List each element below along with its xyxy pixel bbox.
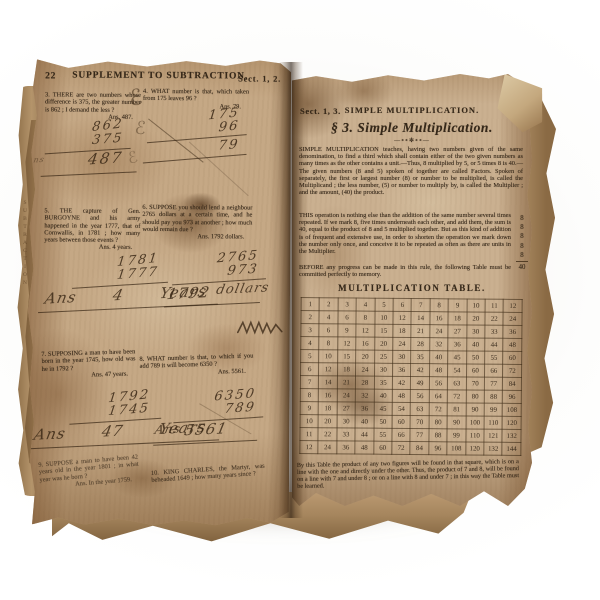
table-cell: 80 — [466, 390, 485, 403]
table-cell: 14 — [319, 376, 338, 389]
table-cell: 72 — [448, 390, 467, 403]
table-cell: 99 — [447, 429, 466, 442]
worked-problem-5: 1781 1777 — [80, 256, 158, 282]
table-cell: 90 — [447, 416, 466, 429]
table-cell: 48 — [429, 364, 448, 377]
table-cell: 8 — [300, 389, 319, 402]
question-7-text: 7. SUPPOSING a man to have been born in … — [41, 348, 135, 372]
table-cell: 18 — [337, 363, 356, 376]
table-cell: 33 — [337, 428, 356, 441]
table-cell: 72 — [503, 364, 522, 377]
question-10-text: 10. KING CHARLES, the Martyr, was behead… — [151, 463, 265, 485]
table-cell: 20 — [467, 312, 486, 325]
table-cell: 4 — [319, 311, 338, 324]
table-cell: 66 — [392, 428, 411, 441]
multiplication-table: 1234567891011122468101214161820222436912… — [299, 297, 522, 456]
left-section-label: Sect. 1, 2. — [238, 73, 281, 83]
table-cell: 2 — [301, 311, 320, 324]
multiplication-table-title: MULTIPLICATION TABLE. — [292, 283, 532, 293]
margin-addend: 8 — [516, 232, 528, 241]
worked-problem-4: 175 96 79 — [161, 110, 239, 154]
table-cell: 40 — [466, 338, 485, 351]
table-cell: 12 — [319, 363, 338, 376]
table-cell: 54 — [448, 364, 467, 377]
table-cell: 40 — [429, 351, 448, 364]
table-cell: 7 — [412, 299, 431, 312]
hand-rule — [41, 171, 137, 177]
table-cell: 7 — [300, 376, 319, 389]
question-3-text: 3. THERE are two numbers whose differenc… — [45, 91, 141, 113]
table-cell: 21 — [337, 376, 356, 389]
margin-sum-total: 40 — [516, 261, 528, 272]
table-cell: 8 — [356, 311, 375, 324]
table-cell: 4 — [356, 298, 375, 311]
question-6: 6. SUPPOSE you should lend a neighbour 2… — [142, 204, 252, 241]
table-cell: 25 — [374, 350, 393, 363]
table-cell: 66 — [485, 364, 504, 377]
table-cell: 44 — [355, 428, 374, 441]
table-cell: 12 — [504, 299, 523, 312]
table-cell: 40 — [374, 389, 393, 402]
table-cell: 18 — [448, 312, 467, 325]
table-cell: 88 — [429, 429, 448, 442]
table-cell: 55 — [374, 428, 393, 441]
table-cell: 45 — [374, 402, 393, 415]
edge-showthrough-text: SUBTRACTION — [22, 200, 28, 380]
table-cell: 3 — [338, 298, 357, 311]
table-cell: 32 — [430, 338, 449, 351]
table-cell: 32 — [355, 389, 374, 402]
table-cell: 5 — [301, 350, 320, 363]
table-cell: 8 — [319, 337, 338, 350]
table-cell: 42 — [392, 376, 411, 389]
question-5-answer: Ans. 4 years. — [44, 244, 140, 252]
table-cell: 50 — [466, 351, 485, 364]
question-3: 3. THERE are two numbers whose differenc… — [45, 91, 141, 121]
table-cell: 21 — [411, 325, 430, 338]
table-cell: 45 — [448, 351, 467, 364]
margin-sum: 88888 40 — [516, 214, 528, 272]
table-cell: 24 — [318, 441, 337, 454]
table-cell: 8 — [430, 299, 449, 312]
table-cell: 49 — [411, 376, 430, 389]
table-cell: 30 — [337, 415, 356, 428]
table-cell: 22 — [485, 312, 504, 325]
hand-ans-label: Ans — [32, 424, 67, 443]
table-cell: 10 — [375, 311, 394, 324]
question-4-text: 4. WHAT number is that, which taken from… — [143, 88, 249, 103]
table-cell: 54 — [392, 402, 411, 415]
table-cell: 144 — [502, 442, 521, 455]
table-cell: 6 — [319, 324, 338, 337]
worked-problem-7: 1792 1745 — [77, 392, 149, 418]
question-8: 8. WHAT number is that, to which if you … — [139, 353, 254, 378]
table-cell: 30 — [393, 350, 412, 363]
table-cell: 77 — [484, 377, 503, 390]
question-9: 9. SUPPOSE a man to have been 42 years o… — [38, 454, 140, 491]
table-cell: 77 — [410, 428, 429, 441]
table-cell: 120 — [503, 416, 522, 429]
table-cell: 12 — [356, 324, 375, 337]
table-cell: 60 — [392, 415, 411, 428]
ink-flourish: ℰ — [126, 147, 140, 168]
table-cell: 48 — [355, 441, 374, 454]
table-cell: 36 — [337, 441, 356, 454]
table-cell: 3 — [301, 324, 320, 337]
table-cell: 36 — [448, 338, 467, 351]
table-cell: 96 — [503, 390, 522, 403]
table-cell: 16 — [319, 389, 338, 402]
table-row: 1224364860728496108120132144 — [300, 441, 521, 456]
table-cell: 96 — [429, 442, 448, 455]
table-cell: 5 — [375, 298, 394, 311]
question-7: 7. SUPPOSING a man to have been born in … — [41, 348, 136, 380]
table-cell: 6 — [338, 311, 357, 324]
question-5-text: 5. THE capture of Gen. BURGOYNE and his … — [44, 207, 140, 244]
table-cell: 12 — [338, 337, 357, 350]
table-cell: 72 — [392, 441, 411, 454]
table-cell: 36 — [355, 402, 374, 415]
table-cell: 28 — [356, 376, 375, 389]
table-cell: 9 — [338, 324, 357, 337]
table-cell: 48 — [392, 389, 411, 402]
question-6-answer: Ans. 1792 dollars. — [142, 233, 252, 241]
ink-flourish: ℰ — [134, 117, 147, 139]
margin-addend: 8 — [516, 251, 528, 260]
table-cell: 30 — [466, 325, 485, 338]
hand-ans-value: 5561 — [183, 419, 229, 439]
right-running-title: SIMPLE MULTIPLICATION. — [292, 105, 532, 115]
table-cell: 81 — [447, 403, 466, 416]
table-cell: 132 — [502, 429, 521, 442]
table-cell: 84 — [503, 377, 522, 390]
table-cell: 90 — [466, 403, 485, 416]
table-cell: 11 — [485, 299, 504, 312]
table-cell: 50 — [374, 415, 393, 428]
table-cell: 63 — [411, 402, 430, 415]
table-cell: 132 — [484, 442, 503, 455]
table-cell: 14 — [411, 312, 430, 325]
hand-ans-value: 4 — [111, 286, 125, 304]
paragraph-table-usage: By this Table the product of any two fig… — [297, 458, 519, 490]
question-5: 5. THE capture of Gen. BURGOYNE and his … — [44, 207, 140, 251]
table-cell: 16 — [430, 312, 449, 325]
table-cell: 18 — [393, 324, 412, 337]
table-cell: 84 — [410, 441, 429, 454]
table-cell: 72 — [429, 403, 448, 416]
hand-ans-label: Ans — [153, 422, 183, 441]
hand-result: 487 — [49, 151, 124, 169]
worked-problem-3: 862 375 487 Ans — [51, 121, 123, 166]
table-cell: 110 — [484, 416, 503, 429]
ink-flourish: ℰ — [127, 85, 144, 112]
photo-of-open-book: SUBTRACTION 22 SUPPLEMENT TO SUBTRACTION… — [0, 0, 600, 600]
table-cell: 56 — [429, 377, 448, 390]
table-cell: 20 — [356, 350, 375, 363]
left-page: 22 SUPPLEMENT TO SUBTRACTION. Sect. 1, 2… — [27, 59, 291, 525]
table-cell: 99 — [484, 403, 503, 416]
table-cell: 18 — [319, 402, 338, 415]
question-10: 10. KING CHARLES, the Martyr, was behead… — [151, 463, 266, 485]
table-cell: 20 — [374, 337, 393, 350]
table-cell: 24 — [393, 337, 412, 350]
table-cell: 2 — [319, 298, 338, 311]
table-cell: 22 — [318, 428, 337, 441]
table-cell: 70 — [410, 415, 429, 428]
hand-ans-value: 47 — [100, 422, 125, 441]
table-cell: 120 — [465, 442, 484, 455]
table-cell: 35 — [374, 376, 393, 389]
table-cell: 42 — [411, 363, 430, 376]
table-cell: 10 — [319, 350, 338, 363]
table-cell: 6 — [301, 363, 320, 376]
table-cell: 100 — [466, 416, 485, 429]
table-cell: 6 — [393, 298, 412, 311]
table-cell: 60 — [373, 441, 392, 454]
hand-ans-value: 1792 — [165, 283, 211, 303]
table-cell: 33 — [485, 325, 504, 338]
table-cell: 24 — [430, 325, 449, 338]
table-cell: 12 — [393, 311, 412, 324]
table-cell: 24 — [356, 363, 375, 376]
table-cell: 56 — [411, 389, 430, 402]
table-cell: 35 — [411, 351, 430, 364]
worked-problem-8: 6350 789 — [179, 390, 255, 416]
table-cell: 20 — [318, 415, 337, 428]
table-cell: 40 — [355, 415, 374, 428]
table-cell: 15 — [374, 324, 393, 337]
paragraph-operation: THIS operation is nothing else than the … — [299, 212, 511, 255]
table-cell: 24 — [503, 312, 522, 325]
table-cell: 70 — [466, 377, 485, 390]
table-cell: 9 — [448, 299, 467, 312]
table-cell: 36 — [503, 325, 522, 338]
table-cell: 27 — [448, 325, 467, 338]
table-cell: 60 — [466, 364, 485, 377]
worked-problem-6: 2765 973 — [178, 252, 258, 278]
margin-addend: 8 — [516, 223, 528, 232]
table-cell: 44 — [485, 338, 504, 351]
table-cell: 108 — [447, 442, 466, 455]
margin-addends: 88888 — [516, 214, 528, 260]
chapter-heading: § 3. Simple Multiplication. — [292, 120, 532, 136]
multiplication-table-body: 1234567891011122468101214161820222436912… — [300, 298, 522, 456]
table-cell: 1 — [301, 298, 320, 311]
table-cell: 110 — [466, 429, 485, 442]
hand-ans-label: Ans — [43, 288, 78, 307]
book-spine-gutter — [279, 62, 303, 518]
paragraph-definition: SIMPLE MULTIPLICATION teaches, having tw… — [299, 146, 523, 197]
paragraph-before-table: BEFORE any progress can be made in this … — [299, 264, 511, 278]
table-cell: 30 — [374, 363, 393, 376]
table-cell: 121 — [484, 429, 503, 442]
table-cell: 10 — [467, 299, 486, 312]
table-cell: 63 — [448, 377, 467, 390]
table-cell: 48 — [503, 338, 522, 351]
table-cell: 16 — [356, 337, 375, 350]
table-cell: 80 — [429, 416, 448, 429]
table-cell: 64 — [429, 390, 448, 403]
right-page: Sect. 1, 3. SIMPLE MULTIPLICATION. 23 § … — [292, 74, 532, 506]
table-cell: 55 — [485, 351, 504, 364]
table-cell: 28 — [411, 338, 430, 351]
table-cell: 4 — [301, 337, 320, 350]
table-cell: 108 — [503, 403, 522, 416]
table-cell: 27 — [337, 402, 356, 415]
table-cell: 60 — [503, 351, 522, 364]
table-cell: 36 — [393, 363, 412, 376]
table-cell: 88 — [484, 390, 503, 403]
margin-addend: 8 — [516, 242, 528, 251]
ornament-rule: —∘∘✻∘∘— — [292, 137, 532, 144]
table-cell: 15 — [337, 350, 356, 363]
hand-ans-unit: dollars — [214, 280, 270, 300]
question-6-text: 6. SUPPOSE you should lend a neighbour 2… — [142, 204, 252, 233]
margin-addend: 8 — [516, 214, 528, 223]
table-cell: 24 — [337, 389, 356, 402]
